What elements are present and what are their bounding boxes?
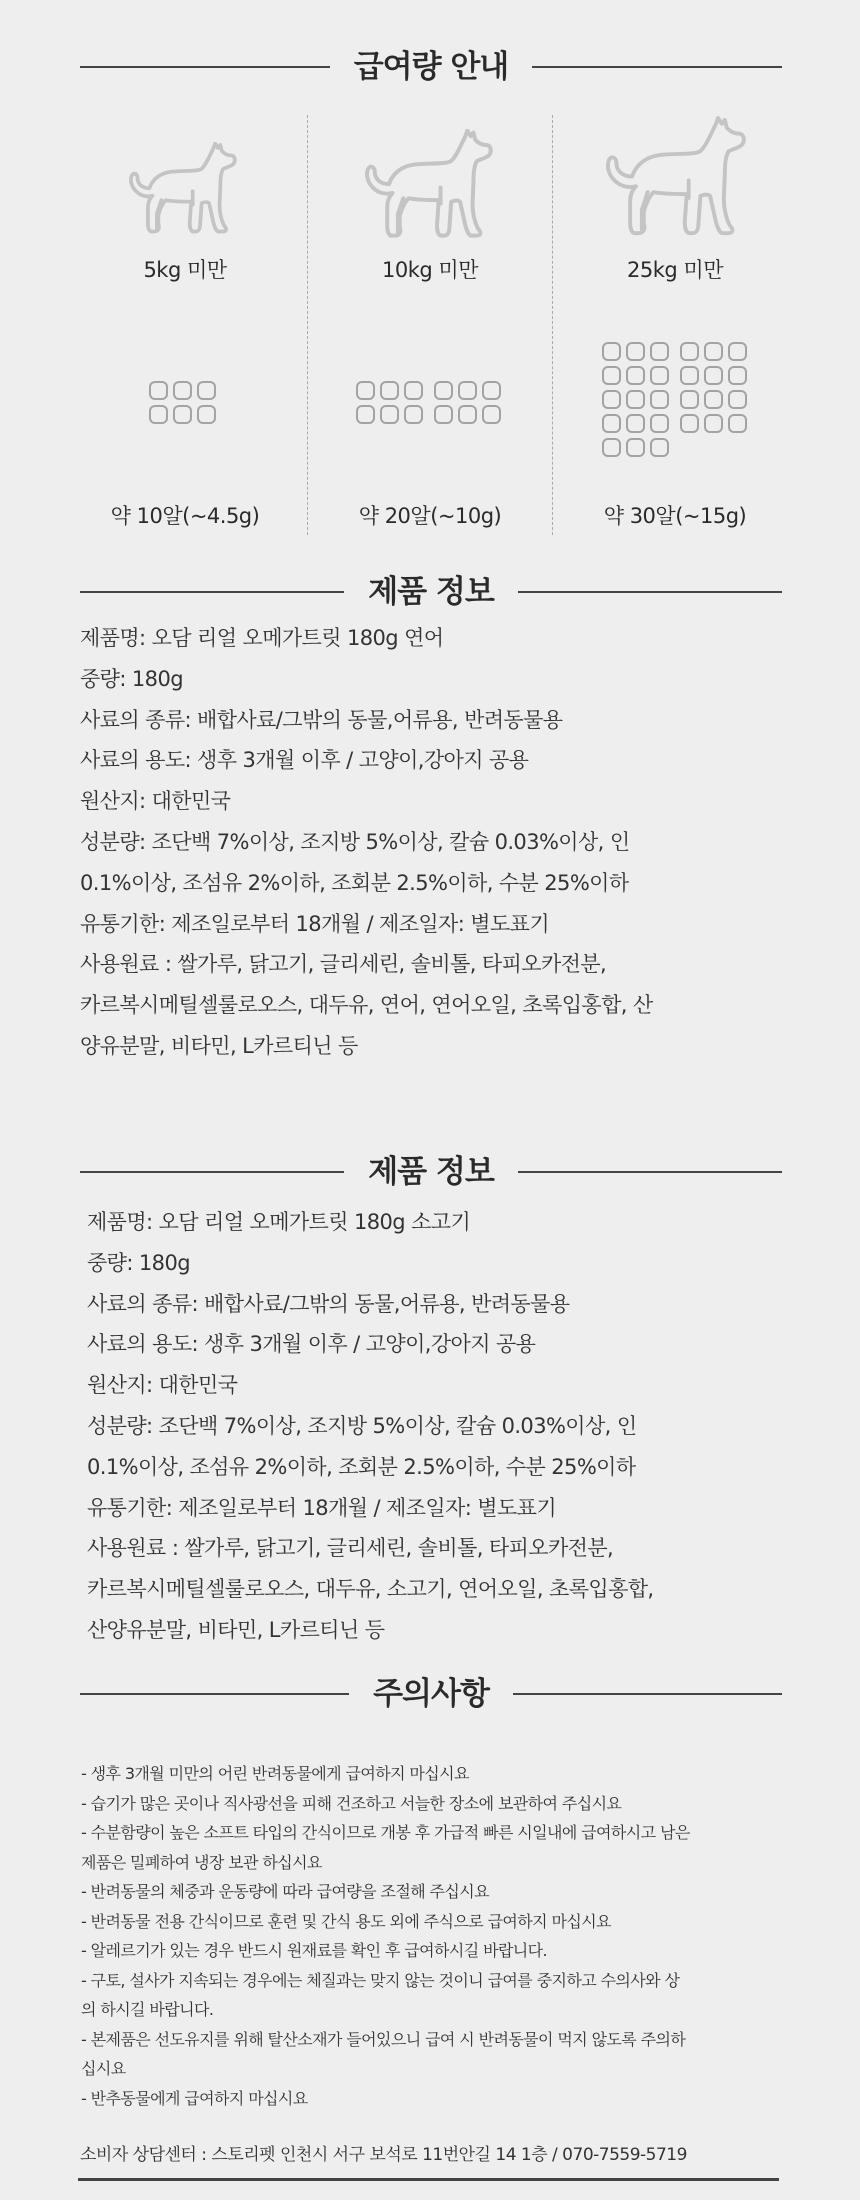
column-divider (552, 115, 553, 535)
pill-icon (149, 381, 168, 400)
pill-icon (602, 438, 621, 457)
caution-line: - 본제품은 선도유지를 위해 탈산소재가 들어있으니 급여 시 반려동물이 먹… (81, 2025, 690, 2055)
header-rule-left (80, 1171, 344, 1173)
pill-icon (650, 342, 669, 361)
dog-icon (127, 142, 239, 236)
pill-icon (356, 405, 375, 424)
info-line: 원산지: 대한민국 (87, 1365, 654, 1406)
info-line: 사용원료 : 쌀가루, 닭고기, 글리세린, 솔비톨, 타피오카전분, (80, 944, 653, 985)
amount-label: 약 10알(~4.5g) (68, 502, 302, 530)
caution-line: - 수분함량이 높은 소프트 타입의 간식이므로 개봉 후 가급적 빠른 시일내… (81, 1818, 690, 1848)
caution-line: - 반려동물 전용 간식이므로 훈련 및 간식 용도 외에 주식으로 급여하지 … (81, 1907, 690, 1937)
info-line: 제품명: 오담 리얼 오메가트릿 180g 소고기 (87, 1202, 654, 1243)
dog-icon (602, 116, 750, 239)
info-line: 사료의 용도: 생후 3개월 이후 / 고양이,강아지 공용 (80, 740, 653, 781)
pill-icon (602, 390, 621, 409)
pill-icon (704, 390, 723, 409)
info-line: 중량: 180g (87, 1243, 654, 1284)
header-rule-right (518, 1171, 782, 1173)
info-line: 원산지: 대한민국 (80, 781, 653, 822)
info-line: 유통기한: 제조일로부터 18개월 / 제조일자: 별도표기 (87, 1488, 654, 1529)
pill-icon (728, 366, 747, 385)
pill-grid (356, 381, 501, 424)
caution-line: - 반추동물에게 급여하지 마십시요 (81, 2084, 690, 2114)
product-info-header: 제품 정보 (80, 1150, 782, 1194)
header-rule-left (80, 1693, 349, 1695)
info-line: 제품명: 오담 리얼 오메가트릿 180g 연어 (80, 618, 653, 659)
pill-grid (602, 342, 747, 457)
pill-icon (458, 381, 477, 400)
info-line: 사용원료 : 쌀가루, 닭고기, 글리세린, 솔비톨, 타피오카전분, (87, 1528, 654, 1569)
header-rule-left (80, 591, 344, 593)
product-info-list: 제품명: 오담 리얼 오메가트릿 180g 소고기 중량: 180g 사료의 종… (87, 1202, 654, 1651)
pill-grid (149, 381, 216, 424)
caution-line: 십시요 (81, 2054, 690, 2084)
consumer-contact: 소비자 상담센터 : 스토리펫 인천시 서구 보석로 11번안길 14 1층 /… (80, 2142, 687, 2168)
pill-icon (380, 381, 399, 400)
info-line: 산양유분말, 비타민, L카르티닌 등 (87, 1610, 654, 1651)
info-line: 카르복시메틸셀룰로오스, 대두유, 연어, 연어오일, 초록입홍합, 산 (80, 985, 653, 1026)
cautions-header: 주의사항 (80, 1672, 782, 1716)
header-rule-right (513, 1693, 782, 1695)
weight-label: 25kg 미만 (558, 256, 792, 284)
weight-label: 10kg 미만 (313, 256, 547, 284)
pill-icon (728, 414, 747, 433)
info-line: 사료의 종류: 배합사료/그밖의 동물,어류용, 반려동물용 (87, 1284, 654, 1325)
feeding-guide-title: 급여량 안내 (330, 45, 533, 89)
pill-icon (650, 366, 669, 385)
pill-icon (173, 405, 192, 424)
caution-line: - 반려동물의 체중과 운동량에 따라 급여량을 조절해 주십시요 (81, 1877, 690, 1907)
pill-icon (434, 381, 453, 400)
amount-label: 약 30알(~15g) (558, 502, 792, 530)
pill-icon (404, 405, 423, 424)
info-line: 양유분말, 비타민, L카르티닌 등 (80, 1026, 653, 1067)
feeding-guide-header: 급여량 안내 (80, 45, 782, 89)
pill-icon (602, 414, 621, 433)
product-info-header: 제품 정보 (80, 570, 782, 614)
info-line: 성분량: 조단백 7%이상, 조지방 5%이상, 칼슘 0.03%이상, 인 (80, 822, 653, 863)
info-line: 유통기한: 제조일로부터 18개월 / 제조일자: 별도표기 (80, 904, 653, 945)
dog-icon (362, 129, 496, 241)
pill-icon (380, 405, 399, 424)
pill-icon (728, 390, 747, 409)
pill-icon (482, 381, 501, 400)
pill-icon (356, 381, 375, 400)
info-line: 카르복시메틸셀룰로오스, 대두유, 소고기, 연어오일, 초록입홍합, (87, 1569, 654, 1610)
pill-icon (626, 438, 645, 457)
pill-icon (626, 342, 645, 361)
pill-icon (650, 438, 669, 457)
pill-icon (680, 390, 699, 409)
pill-icon (626, 414, 645, 433)
pill-icon (650, 390, 669, 409)
caution-line: - 습기가 많은 곳이나 직사광선을 피해 건조하고 서늘한 장소에 보관하여 … (81, 1789, 690, 1819)
info-line: 사료의 종류: 배합사료/그밖의 동물,어류용, 반려동물용 (80, 700, 653, 741)
info-line: 0.1%이상, 조섬유 2%이하, 조회분 2.5%이하, 수분 25%이하 (80, 863, 653, 904)
pill-icon (602, 342, 621, 361)
header-rule-right (518, 591, 782, 593)
pill-icon (173, 381, 192, 400)
caution-line: 의 하시길 바랍니다. (81, 1995, 690, 2025)
caution-line: - 생후 3개월 미만의 어린 반려동물에게 급여하지 마십시요 (81, 1759, 690, 1789)
pill-icon (197, 405, 216, 424)
pill-icon (680, 342, 699, 361)
weight-label: 5kg 미만 (68, 256, 302, 284)
pill-icon (404, 381, 423, 400)
info-line: 사료의 용도: 생후 3개월 이후 / 고양이,강아지 공용 (87, 1324, 654, 1365)
product-info-title: 제품 정보 (344, 1150, 518, 1194)
cautions-title: 주의사항 (349, 1672, 513, 1716)
pill-icon (149, 405, 168, 424)
pill-icon (650, 414, 669, 433)
header-rule-left (80, 66, 330, 68)
caution-line: - 알레르기가 있는 경우 반드시 원재료를 확인 후 급여하시길 바랍니다. (81, 1936, 690, 1966)
info-line: 중량: 180g (80, 659, 653, 700)
pill-icon (626, 366, 645, 385)
column-divider (307, 115, 308, 535)
product-info-list: 제품명: 오담 리얼 오메가트릿 180g 연어 중량: 180g 사료의 종류… (80, 618, 653, 1067)
product-info-title: 제품 정보 (344, 570, 518, 614)
pill-icon (197, 381, 216, 400)
pill-icon (680, 366, 699, 385)
caution-line: - 구토, 설사가 지속되는 경우에는 체질과는 맞지 않는 것이니 급여를 중… (81, 1966, 690, 1996)
pill-icon (680, 414, 699, 433)
pill-icon (602, 366, 621, 385)
pill-icon (626, 390, 645, 409)
header-rule-right (532, 66, 782, 68)
pill-icon (728, 342, 747, 361)
caution-line: 제품은 밀폐하여 냉장 보관 하십시요 (81, 1848, 690, 1878)
pill-icon (704, 366, 723, 385)
amount-label: 약 20알(~10g) (313, 502, 547, 530)
pill-icon (482, 405, 501, 424)
caution-list: - 생후 3개월 미만의 어린 반려동물에게 급여하지 마십시요 - 습기가 많… (81, 1759, 690, 2113)
info-line: 0.1%이상, 조섬유 2%이하, 조회분 2.5%이하, 수분 25%이하 (87, 1447, 654, 1488)
info-line: 성분량: 조단백 7%이상, 조지방 5%이상, 칼슘 0.03%이상, 인 (87, 1406, 654, 1447)
pill-icon (704, 342, 723, 361)
pill-icon (458, 405, 477, 424)
footer-rule (78, 2178, 779, 2181)
pill-icon (434, 405, 453, 424)
pill-icon (704, 414, 723, 433)
